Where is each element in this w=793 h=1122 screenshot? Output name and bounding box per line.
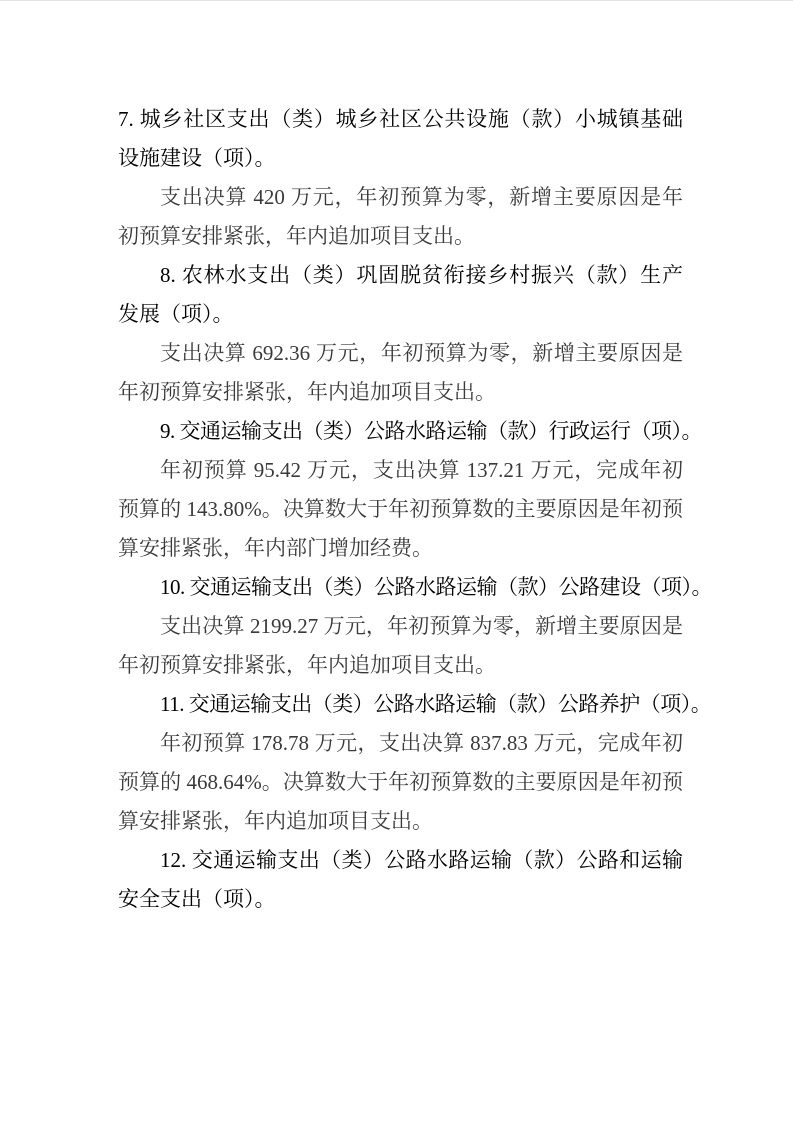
section-9-heading: 9. 交通运输支出（类）公路水路运输（款）行政运行（项）。 [118,412,683,451]
section-8: 8. 农林水支出（类）巩固脱贫衔接乡村振兴（款）生产发展（项）。 支出决算 69… [118,256,683,412]
section-7: 7. 城乡社区支出（类）城乡社区公共设施（款）小城镇基础设施建设（项）。 支出决… [118,100,683,256]
section-11-paragraph: 年初预算 178.78 万元，支出决算 837.83 万元，完成年初预算的 46… [118,724,683,841]
section-10-heading: 10. 交通运输支出（类）公路水路运输（款）公路建设（项）。 [118,568,683,607]
section-9-paragraph: 年初预算 95.42 万元，支出决算 137.21 万元，完成年初预算的 143… [118,451,683,568]
document-page: 7. 城乡社区支出（类）城乡社区公共设施（款）小城镇基础设施建设（项）。 支出决… [0,1,793,919]
section-10: 10. 交通运输支出（类）公路水路运输（款）公路建设（项）。 支出决算 2199… [118,568,683,685]
section-7-heading: 7. 城乡社区支出（类）城乡社区公共设施（款）小城镇基础设施建设（项）。 [118,100,683,178]
document-content: 7. 城乡社区支出（类）城乡社区公共设施（款）小城镇基础设施建设（项）。 支出决… [0,1,793,919]
section-7-paragraph: 支出决算 420 万元，年初预算为零，新增主要原因是年初预算安排紧张，年内追加项… [118,178,683,256]
section-8-paragraph: 支出决算 692.36 万元，年初预算为零，新增主要原因是年初预算安排紧张，年内… [118,334,683,412]
section-8-heading: 8. 农林水支出（类）巩固脱贫衔接乡村振兴（款）生产发展（项）。 [118,256,683,334]
section-10-paragraph: 支出决算 2199.27 万元，年初预算为零，新增主要原因是年初预算安排紧张，年… [118,607,683,685]
section-9: 9. 交通运输支出（类）公路水路运输（款）行政运行（项）。 年初预算 95.42… [118,412,683,568]
section-11-heading: 11. 交通运输支出（类）公路水路运输（款）公路养护（项）。 [118,685,683,724]
section-12: 12. 交通运输支出（类）公路水路运输（款）公路和运输安全支出（项）。 [118,841,683,919]
section-11: 11. 交通运输支出（类）公路水路运输（款）公路养护（项）。 年初预算 178.… [118,685,683,841]
section-12-heading: 12. 交通运输支出（类）公路水路运输（款）公路和运输安全支出（项）。 [118,841,683,919]
